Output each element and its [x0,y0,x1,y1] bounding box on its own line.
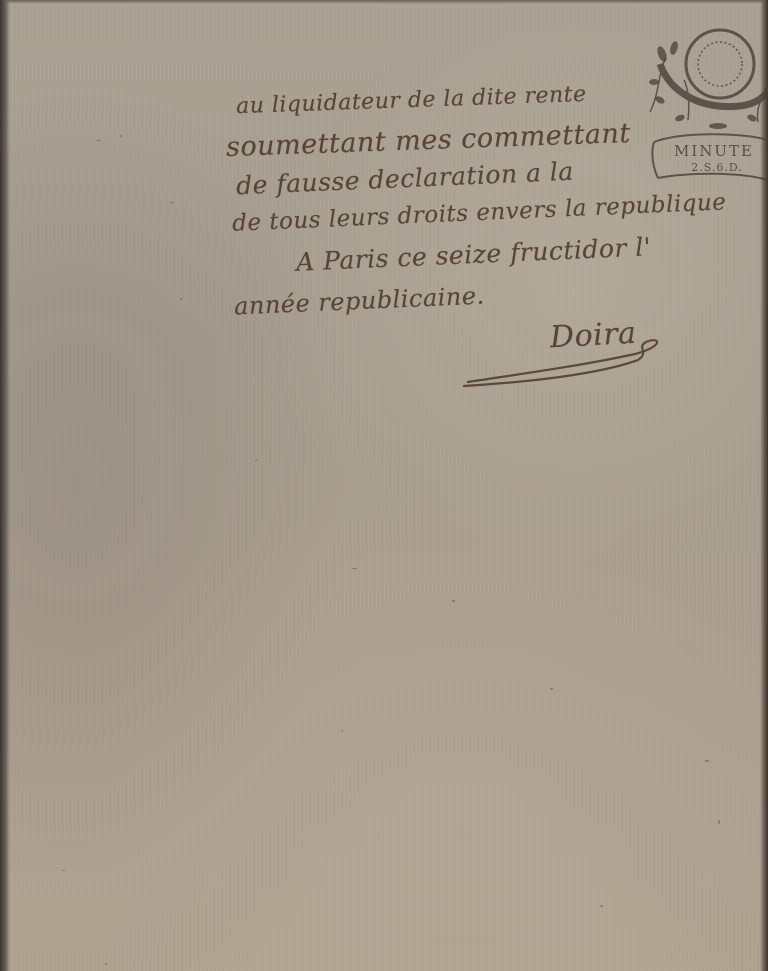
handwritten-line-5: A Paris ce seize fructidor l' [296,232,652,276]
stamp-label: MINUTE [660,142,768,160]
torn-left-edge [0,0,10,971]
signature-flourish-icon [460,330,670,400]
stamp-value: 2.S.6.D. [672,161,762,174]
handwritten-line-1: au liquidateur de la dite rente [236,82,587,119]
document-page: au liquidateur de la dite rente soumetta… [0,0,768,971]
page-top-edge [0,0,768,4]
handwritten-line-6: année republicaine. [234,282,486,321]
handwritten-line-3: de fausse declaration a la [236,157,575,201]
